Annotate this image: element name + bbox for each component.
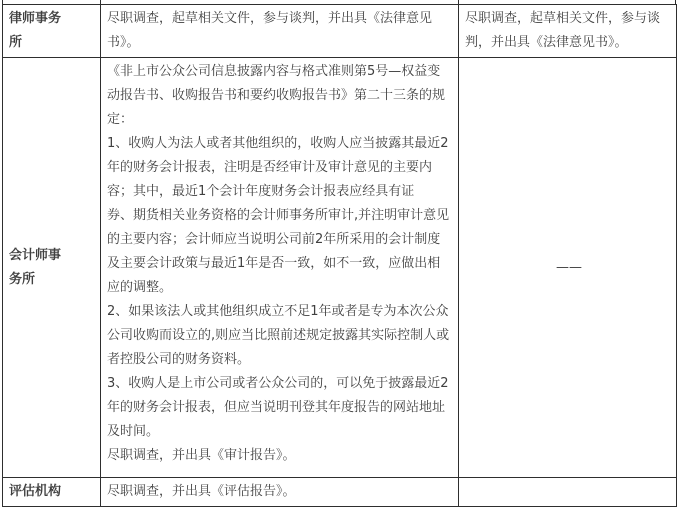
document-page: 律师事务 所 尽职调查，起草相关文件，参与谈判，并出具《法律意见 书》。 尽职调… <box>0 0 680 510</box>
secondary-duties-cell: 尽职调查，起草相关文件，参与谈 判，并出具《法律意见书》。 <box>459 5 677 58</box>
table-row-accounting-firm: 会计师事 务所 《非上市公众公司信息披露内容与格式准则第5号—权益变 动报告书、… <box>3 58 677 478</box>
agency-name-cell: 评估机构 <box>3 478 101 507</box>
agency-name-cell: 律师事务 所 <box>3 5 101 58</box>
table-row-appraisal-agency: 评估机构 尽职调查，并出具《评估报告》。 <box>3 478 677 507</box>
secondary-duties-cell <box>459 478 677 507</box>
duties-cell: 《非上市公众公司信息披露内容与格式准则第5号—权益变 动报告书、收购报告书和要约… <box>101 58 459 478</box>
table-row-law-firm: 律师事务 所 尽职调查，起草相关文件，参与谈判，并出具《法律意见 书》。 尽职调… <box>3 5 677 58</box>
secondary-duties-cell: —— <box>459 58 677 478</box>
duties-cell: 尽职调查，并出具《评估报告》。 <box>101 478 459 507</box>
duties-cell: 尽职调查，起草相关文件，参与谈判，并出具《法律意见 书》。 <box>101 5 459 58</box>
intermediary-duties-table: 律师事务 所 尽职调查，起草相关文件，参与谈判，并出具《法律意见 书》。 尽职调… <box>2 4 677 507</box>
agency-name-cell: 会计师事 务所 <box>3 58 101 478</box>
